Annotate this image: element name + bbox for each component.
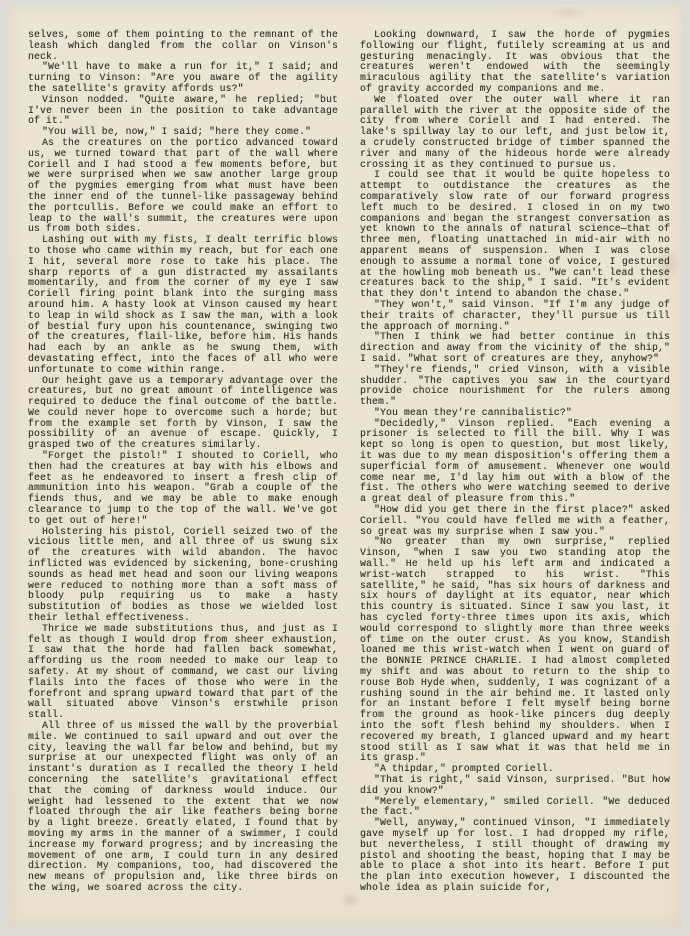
paragraph: selves, some of them pointing to the rem… bbox=[28, 30, 338, 62]
paragraph: Vinson nodded. "Quite aware," he replied… bbox=[28, 95, 338, 127]
paragraph: "They won't," said Vinson. "If I'm any j… bbox=[360, 300, 670, 332]
body-text: selves, some of them pointing to the rem… bbox=[28, 30, 670, 923]
paragraph: Looking downward, I saw the horde of pyg… bbox=[360, 30, 670, 95]
paper-sheet: selves, some of them pointing to the rem… bbox=[9, 4, 682, 927]
text-column-right: Looking downward, I saw the horde of pyg… bbox=[360, 30, 670, 923]
paragraph: "Forget the pistol!" I shouted to Coriel… bbox=[28, 451, 338, 527]
paragraph: "They're fiends," cried Vinson, with a v… bbox=[360, 365, 670, 408]
paragraph: "How did you get there in the first plac… bbox=[360, 505, 670, 537]
paragraph: "That is right," said Vinson, surprised.… bbox=[360, 775, 670, 797]
paragraph: All three of us missed the wall by the p… bbox=[28, 721, 338, 894]
paragraph: As the creatures on the portico advanced… bbox=[28, 138, 338, 235]
text-column-left: selves, some of them pointing to the rem… bbox=[28, 30, 338, 923]
paragraph: "No greater than my own surprise," repli… bbox=[360, 537, 670, 764]
paragraph: "Merely elementary," smiled Coriell. "We… bbox=[360, 797, 670, 819]
paragraph: "We'll have to make a run for it," I sai… bbox=[28, 62, 338, 94]
paragraph: "Decidedly," Vinson replied. "Each eveni… bbox=[360, 419, 670, 505]
paragraph: Thrice we made substitutions thus, and j… bbox=[28, 624, 338, 721]
paragraph: I could see that it would be quite hopel… bbox=[360, 170, 670, 300]
scanned-page: selves, some of them pointing to the rem… bbox=[0, 0, 690, 936]
paragraph: "Well, anyway," continued Vinson, "I imm… bbox=[360, 818, 670, 894]
scan-smudge bbox=[549, 6, 589, 20]
paragraph: Our height gave us a temporary advantage… bbox=[28, 376, 338, 452]
paragraph: "Then I think we had better continue in … bbox=[360, 332, 670, 364]
paragraph: Lashing out with my fists, I dealt terri… bbox=[28, 235, 338, 375]
paragraph: We floated over the outer wall where it … bbox=[360, 95, 670, 171]
paragraph: Holstering his pistol, Coriell seized tw… bbox=[28, 527, 338, 624]
